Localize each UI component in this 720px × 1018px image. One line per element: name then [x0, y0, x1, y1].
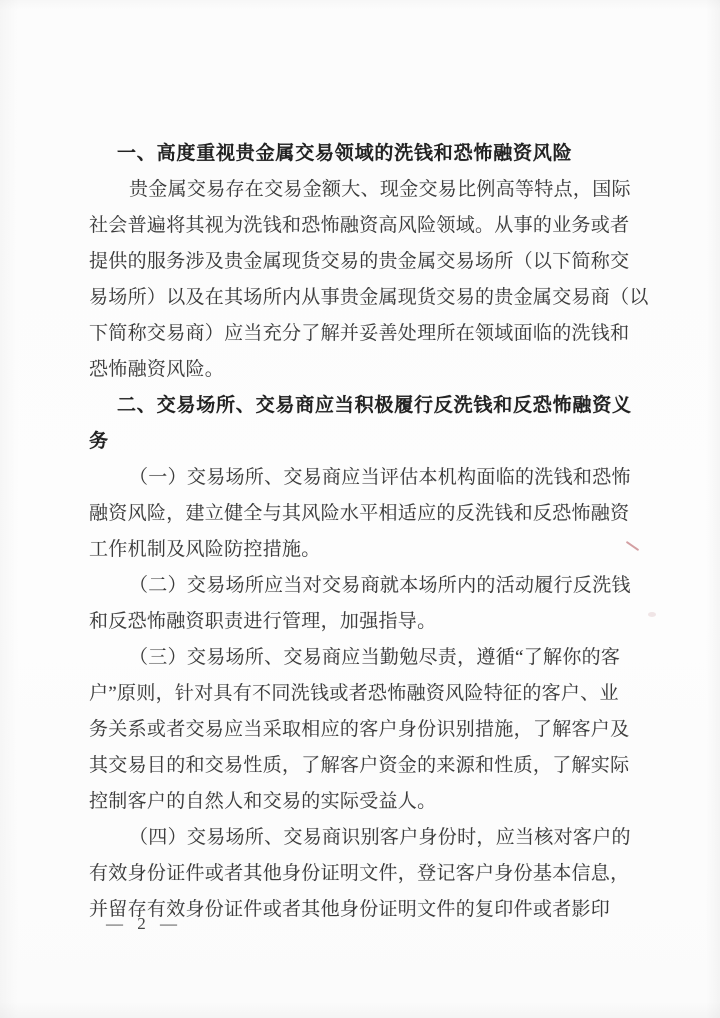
document-body: 一、高度重视贵金属交易领域的洗钱和恐怖融资风险 贵金属交易存在交易金额大、现金交… — [89, 136, 637, 928]
clause-2-line: （二）交易场所应当对交易商就本场所内的活动履行反洗钱 — [89, 568, 637, 604]
paragraph-1-line: 社会普遍将其视为洗钱和恐怖融资高风险领域。从事的业务或者 — [89, 208, 637, 244]
clause-4-line: （四）交易场所、交易商识别客户身份时，应当核对客户的 — [89, 820, 637, 856]
paragraph-1-line: 易场所）以及在其场所内从事贵金属现货交易的贵金属交易商（以 — [89, 280, 637, 316]
clause-1-line: 工作机制及风险防控措施。 — [89, 532, 637, 568]
clause-3-line: （三）交易场所、交易商应当勤勉尽责，遵循“了解你的客 — [89, 640, 637, 676]
clause-1-line: 融资风险，建立健全与其风险水平相适应的反洗钱和反恐怖融资 — [89, 496, 637, 532]
paragraph-1-line: 恐怖融资风险。 — [89, 352, 637, 388]
clause-3-line: 其交易目的和交易性质，了解客户资金的来源和性质，了解实际 — [89, 748, 637, 784]
page-number: — 2 — — [106, 910, 178, 938]
paragraph-1-line: 提供的服务涉及贵金属现货交易的贵金属交易场所（以下简称交 — [89, 244, 637, 280]
clause-3-line: 控制客户的自然人和交易的实际受益人。 — [89, 784, 637, 820]
clause-2-line: 和反恐怖融资职责进行管理，加强指导。 — [89, 604, 637, 640]
clause-3-line: 务关系或者交易应当采取相应的客户身份识别措施，了解客户及 — [89, 712, 637, 748]
scan-artifact-smudge — [648, 612, 656, 617]
section-2-heading-cont: 务 — [89, 424, 637, 460]
paragraph-1-line: 贵金属交易存在交易金额大、现金交易比例高等特点，国际 — [89, 172, 637, 208]
paragraph-1-line: 下简称交易商）应当充分了解并妥善处理所在领域面临的洗钱和 — [89, 316, 637, 352]
clause-3-line: 户”原则，针对具有不同洗钱或者恐怖融资风险特征的客户、业 — [89, 676, 637, 712]
clause-4-line: 有效身份证件或者其他身份证明文件，登记客户身份基本信息， — [89, 856, 637, 892]
scanned-document-page: 一、高度重视贵金属交易领域的洗钱和恐怖融资风险 贵金属交易存在交易金额大、现金交… — [0, 0, 720, 1018]
section-2-heading: 二、交易场所、交易商应当积极履行反洗钱和反恐怖融资义 — [89, 388, 637, 424]
section-1-heading: 一、高度重视贵金属交易领域的洗钱和恐怖融资风险 — [89, 136, 637, 172]
clause-1-line: （一）交易场所、交易商应当评估本机构面临的洗钱和恐怖 — [89, 460, 637, 496]
